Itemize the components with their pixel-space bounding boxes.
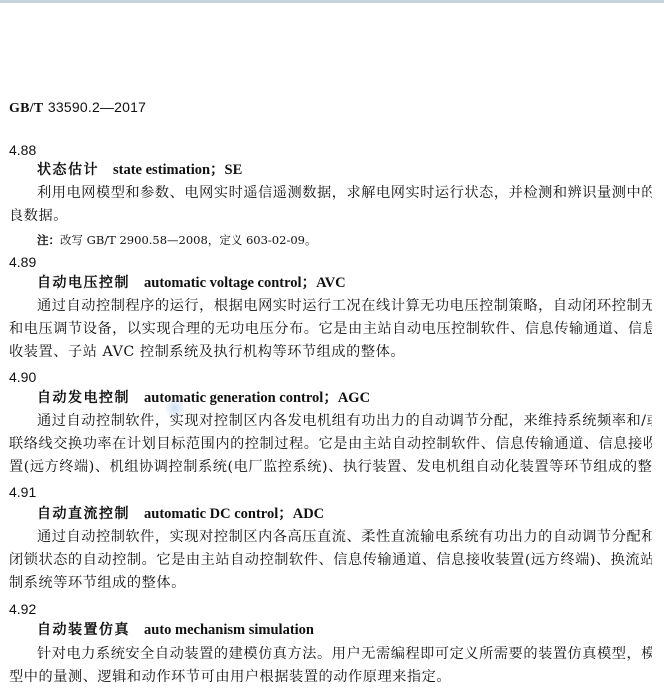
term-zh: 自动直流控制 (37, 506, 130, 522)
term-en: automatic voltage control；AVC (144, 275, 346, 291)
entry-number: 4.90 (9, 367, 36, 387)
entry-number: 4.92 (9, 599, 36, 619)
entry-body-line: 闭锁状态的自动控制。它是由主站自动控制软件、信息传输通道、信息接收装置(远方终端… (9, 549, 652, 572)
entry-body-line: 收装置、子站 AVC 控制系统及执行机构等环节组成的整体。 (9, 341, 652, 364)
entry-body-line: 通过自动控制软件，实现对控制区内各高压直流、柔性直流输电系统有功出力的自动调节分… (37, 526, 652, 549)
entry-body-line: 型中的量测、逻辑和动作环节可由用户根据装置的动作原理来指定。 (9, 666, 652, 688)
term-en: auto mechanism simulation (144, 622, 314, 638)
entry-body-line: 针对电力系统安全自动装置的建模仿真方法。用户无需编程即可定义所需要的装置仿真模型… (37, 643, 652, 666)
entry-body-line: 良数据。 (9, 205, 652, 228)
entry-term: 自动发电控制automatic generation control；AGC (37, 387, 370, 410)
entry-body-line: 联络线交换功率在计划目标范围内的控制过程。它是由主站自动控制软件、信息传输通道、… (9, 433, 652, 456)
entry-term: 自动直流控制automatic DC control；ADC (37, 503, 324, 526)
term-zh: 自动电压控制 (37, 275, 130, 291)
standard-prefix: GB/T (9, 101, 43, 116)
entry-number: 4.91 (9, 482, 36, 502)
standard-number: 33590.2—2017 (48, 99, 146, 115)
entry-body-line: 利用电网模型和参数、电网实时遥信遥测数据，求解电网实时运行状态，并检测和辨识量测… (37, 182, 652, 205)
term-en: automatic DC control；ADC (144, 506, 324, 522)
entry-body-line: 制系统等环节组成的整体。 (9, 572, 652, 595)
entry-term: 自动电压控制automatic voltage control；AVC (37, 272, 346, 295)
entry-term: 自动装置仿真auto mechanism simulation (37, 619, 314, 642)
note-label: 注： (37, 233, 60, 247)
entry-body-line: 置(远方终端)、机组协调控制系统(电厂监控系统)、执行装置、发电机组自动化装置等… (9, 456, 652, 479)
entry-body-line: 通过自动控制程序的运行，根据电网实时运行工况在线计算无功电压控制策略，自动闭环控… (37, 295, 652, 318)
standard-header: GB/T 33590.2—2017 (9, 99, 146, 117)
entry-body-line: 通过自动控制软件，实现对控制区内各发电机组有功出力的自动调节分配，来维持系统频率… (37, 410, 652, 433)
entry-note: 注：改写 GB/T 2900.58—2008，定义 603-02-09。 (37, 230, 316, 250)
entry-term: 状态估计state estimation；SE (37, 159, 242, 182)
entry-number: 4.88 (9, 140, 36, 160)
term-zh: 自动发电控制 (37, 390, 130, 406)
term-en: state estimation；SE (113, 162, 242, 178)
note-text: 改写 GB/T 2900.58—2008，定义 603-02-09。 (60, 233, 316, 247)
document-page: GB/T 33590.2—2017 4.88 状态估计state estimat… (0, 0, 664, 688)
entry-number: 4.89 (9, 252, 36, 272)
entry-body-line: 和电压调节设备，以实现合理的无功电压分布。它是由主站自动电压控制软件、信息传输通… (9, 318, 652, 341)
term-zh: 自动装置仿真 (37, 622, 130, 638)
term-zh: 状态估计 (37, 162, 99, 178)
